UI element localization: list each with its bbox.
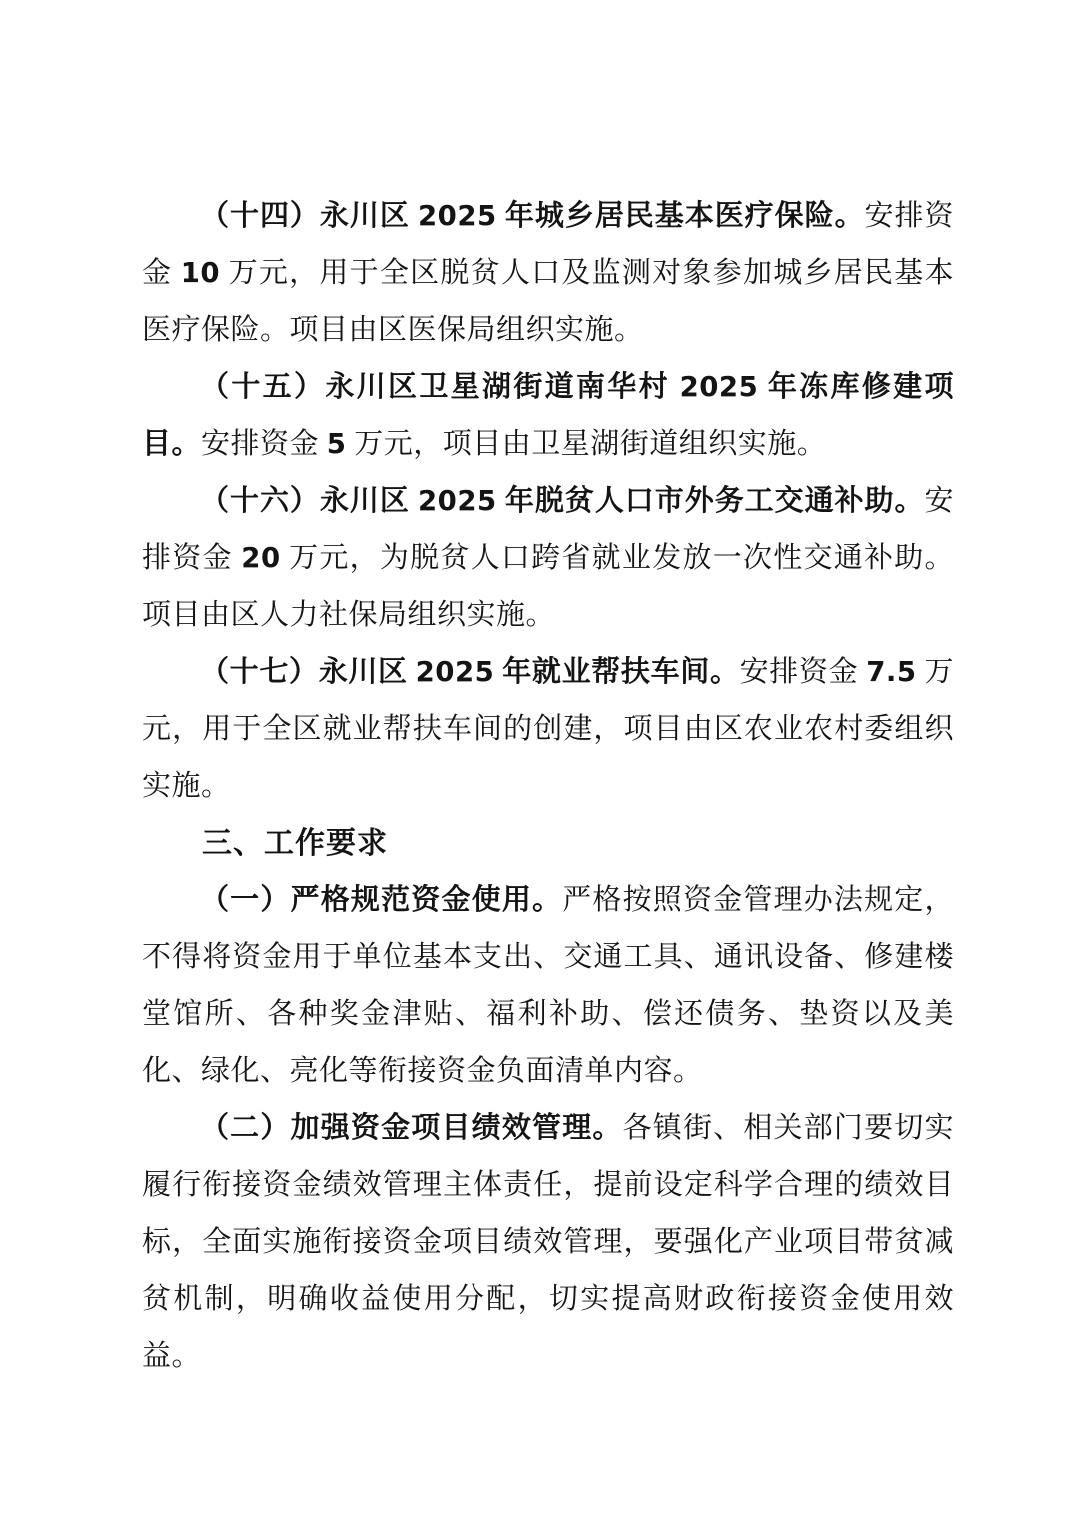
paragraph-item-16-lead: （十六）永川区 2025 年脱贫人口市外务工交通补助。 bbox=[200, 485, 924, 517]
paragraph-item-14-lead: （十四）永川区 2025 年城乡居民基本医疗保险。 bbox=[200, 200, 865, 232]
paragraph-requirement-2-text: 各镇街、相关部门要切实履行衔接资金绩效管理主体责任，提前设定科学合理的绩效目标，… bbox=[142, 1112, 954, 1372]
section-heading-work-requirements: 三、工作要求 bbox=[142, 815, 954, 872]
paragraph-item-16: （十六）永川区 2025 年脱贫人口市外务工交通补助。安排资金 20 万元，为脱… bbox=[142, 473, 954, 644]
paragraph-item-17-lead: （十七）永川区 2025 年就业帮扶车间。 bbox=[200, 656, 740, 688]
paragraph-item-14: （十四）永川区 2025 年城乡居民基本医疗保险。安排资金 10 万元，用于全区… bbox=[142, 188, 954, 359]
paragraph-requirement-1: （一）严格规范资金使用。严格按照资金管理办法规定，不得将资金用于单位基本支出、交… bbox=[142, 872, 954, 1100]
paragraph-item-15: （十五）永川区卫星湖街道南华村 2025 年冻库修建项目。安排资金 5 万元，项… bbox=[142, 359, 954, 473]
paragraph-item-15-text: 安排资金 5 万元，项目由卫星湖街道组织实施。 bbox=[201, 428, 826, 460]
paragraph-requirement-1-lead: （一）严格规范资金使用。 bbox=[200, 884, 562, 916]
paragraph-requirement-2: （二）加强资金项目绩效管理。各镇街、相关部门要切实履行衔接资金绩效管理主体责任，… bbox=[142, 1100, 954, 1385]
document-body: （十四）永川区 2025 年城乡居民基本医疗保险。安排资金 10 万元，用于全区… bbox=[142, 188, 954, 1385]
paragraph-requirement-2-lead: （二）加强资金项目绩效管理。 bbox=[200, 1112, 623, 1144]
paragraph-item-17: （十七）永川区 2025 年就业帮扶车间。安排资金 7.5 万元，用于全区就业帮… bbox=[142, 644, 954, 815]
document-page: （十四）永川区 2025 年城乡居民基本医疗保险。安排资金 10 万元，用于全区… bbox=[0, 0, 1074, 1520]
